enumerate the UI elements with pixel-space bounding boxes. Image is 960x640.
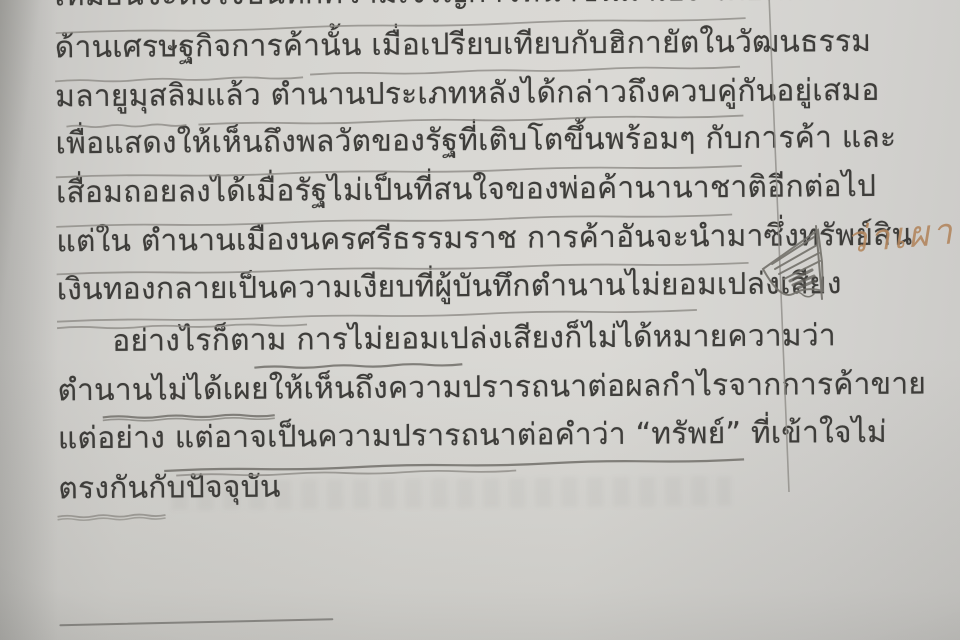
printed-text-block: เหมือนจะตั้งใจบันทึกความเจริญก้าวหน้าขึ้… xyxy=(0,0,960,640)
pencil-underline xyxy=(66,120,186,132)
show-through-smudge xyxy=(171,476,731,510)
handwritten-margin-note: ว่าเผา xyxy=(844,200,960,268)
book-page-photo: เหมือนจะตั้งใจบันทึกความเจริญก้าวหน้าขึ้… xyxy=(0,0,960,640)
pencil-underline xyxy=(57,510,165,522)
text-line: ตำนานไม่ได้เผยให้เห็นถึงความปรารถนาต่อผล… xyxy=(57,363,757,414)
footnote-rule xyxy=(59,618,333,626)
